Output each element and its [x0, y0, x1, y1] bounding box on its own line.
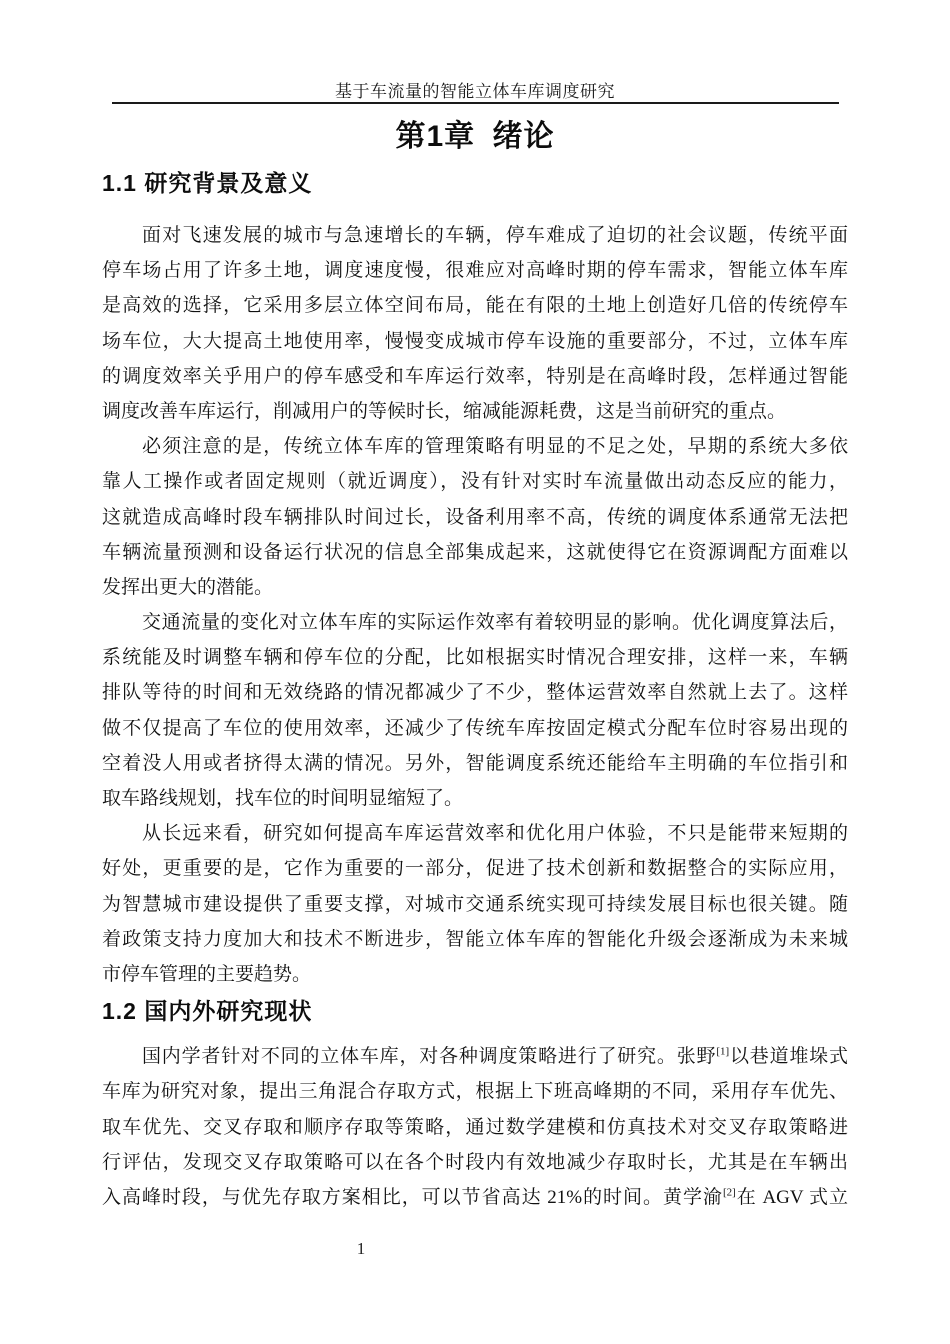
- body-line: 行评估，发现交叉存取策略可以在各个时段内有效地减少存取时长，尤其是在车辆出: [102, 1145, 848, 1180]
- section-heading: 1.2 国内外研究现状: [102, 996, 848, 1026]
- body-line: 系统能及时调整车辆和停车位的分配，比如根据实时情况合理安排，这样一来，车辆: [102, 640, 848, 675]
- body-line: 国内学者针对不同的立体车库，对各种调度策略进行了研究。张野[1]以巷道堆垛式: [102, 1039, 848, 1074]
- citation-ref: [2]: [723, 1187, 736, 1199]
- body-line: 靠人工操作或者固定规则（就近调度），没有针对实时车流量做出动态反应的能力，: [102, 464, 848, 499]
- body-line: 好处，更重要的是，它作为重要的一部分，促进了技术创新和数据整合的实际应用，: [102, 851, 848, 886]
- body-line: 着政策支持力度加大和技术不断进步，智能立体车库的智能化升级会逐渐成为未来城: [102, 922, 848, 957]
- body-line: 面对飞速发展的城市与急速增长的车辆，停车难成了迫切的社会议题，传统平面: [102, 218, 848, 253]
- body-line: 的调度效率关乎用户的停车感受和车库运行效率，特别是在高峰时段，怎样通过智能: [102, 359, 848, 394]
- body-line: 从长远来看，研究如何提高车库运营效率和优化用户体验，不只是能带来短期的: [102, 816, 848, 851]
- body-line: 调度改善车库运行，削减用户的等候时长，缩减能源耗费，这是当前研究的重点。: [102, 394, 848, 429]
- body-line: 排队等待的时间和无效绕路的情况都减少了不少，整体运营效率自然就上去了。这样: [102, 675, 848, 710]
- running-header: 基于车流量的智能立体车库调度研究: [0, 77, 950, 102]
- body-line: 市停车管理的主要趋势。: [102, 957, 848, 992]
- body-line: 是高效的选择，它采用多层立体空间布局，能在有限的土地上创造好几倍的传统停车: [102, 288, 848, 323]
- section-paragraphs: 国内学者针对不同的立体车库，对各种调度策略进行了研究。张野[1]以巷道堆垛式车库…: [102, 1039, 848, 1215]
- body-line: 车辆流量预测和设备运行状况的信息全部集成起来，这就使得它在资源调配方面难以: [102, 535, 848, 570]
- body-line: 必须注意的是，传统立体车库的管理策略有明显的不足之处，早期的系统大多依: [102, 429, 848, 464]
- body-line: 车库为研究对象，提出三角混合存取方式，根据上下班高峰期的不同，采用存车优先、: [102, 1074, 848, 1109]
- section-paragraphs: 面对飞速发展的城市与急速增长的车辆，停车难成了迫切的社会议题，传统平面停车场占用…: [102, 218, 848, 992]
- body-line: 做不仅提高了车位的使用效率，还减少了传统车库按固定模式分配车位时容易出现的: [102, 711, 848, 746]
- page-number: 1: [346, 1239, 376, 1259]
- citation-ref: [1]: [716, 1046, 729, 1058]
- page: 基于车流量的智能立体车库调度研究 第1章 绪论 1.1 研究背景及意义面对飞速发…: [0, 0, 950, 1344]
- body-line: 停车场占用了许多土地，调度速度慢，很难应对高峰时期的停车需求，智能立体车库: [102, 253, 848, 288]
- body-line: 入高峰时段，与优先存取方案相比，可以节省高达 21%的时间。黄学渝[2]在 AG…: [102, 1180, 848, 1215]
- section-heading: 1.1 研究背景及意义: [102, 168, 848, 198]
- chapter-title: 第1章 绪论: [102, 116, 848, 158]
- document-body: 1.1 研究背景及意义面对飞速发展的城市与急速增长的车辆，停车难成了迫切的社会议…: [102, 168, 848, 1215]
- body-line: 这就造成高峰时段车辆排队时间过长，设备利用率不高，传统的调度体系通常无法把: [102, 500, 848, 535]
- body-line: 场车位，大大提高土地使用率，慢慢变成城市停车设施的重要部分，不过，立体车库: [102, 324, 848, 359]
- body-line: 为智慧城市建设提供了重要支撑，对城市交通系统实现可持续发展目标也很关键。随: [102, 887, 848, 922]
- page-content: 第1章 绪论 1.1 研究背景及意义面对飞速发展的城市与急速增长的车辆，停车难成…: [102, 103, 848, 1215]
- body-line: 交通流量的变化对立体车库的实际运作效率有着较明显的影响。优化调度算法后，: [102, 605, 848, 640]
- body-line: 取车路线规划，找车位的时间明显缩短了。: [102, 781, 848, 816]
- body-line: 取车优先、交叉存取和顺序存取等策略，通过数学建模和仿真技术对交叉存取策略进: [102, 1110, 848, 1145]
- body-line: 空着没人用或者挤得太满的情况。另外，智能调度系统还能给车主明确的车位指引和: [102, 746, 848, 781]
- body-line: 发挥出更大的潜能。: [102, 570, 848, 605]
